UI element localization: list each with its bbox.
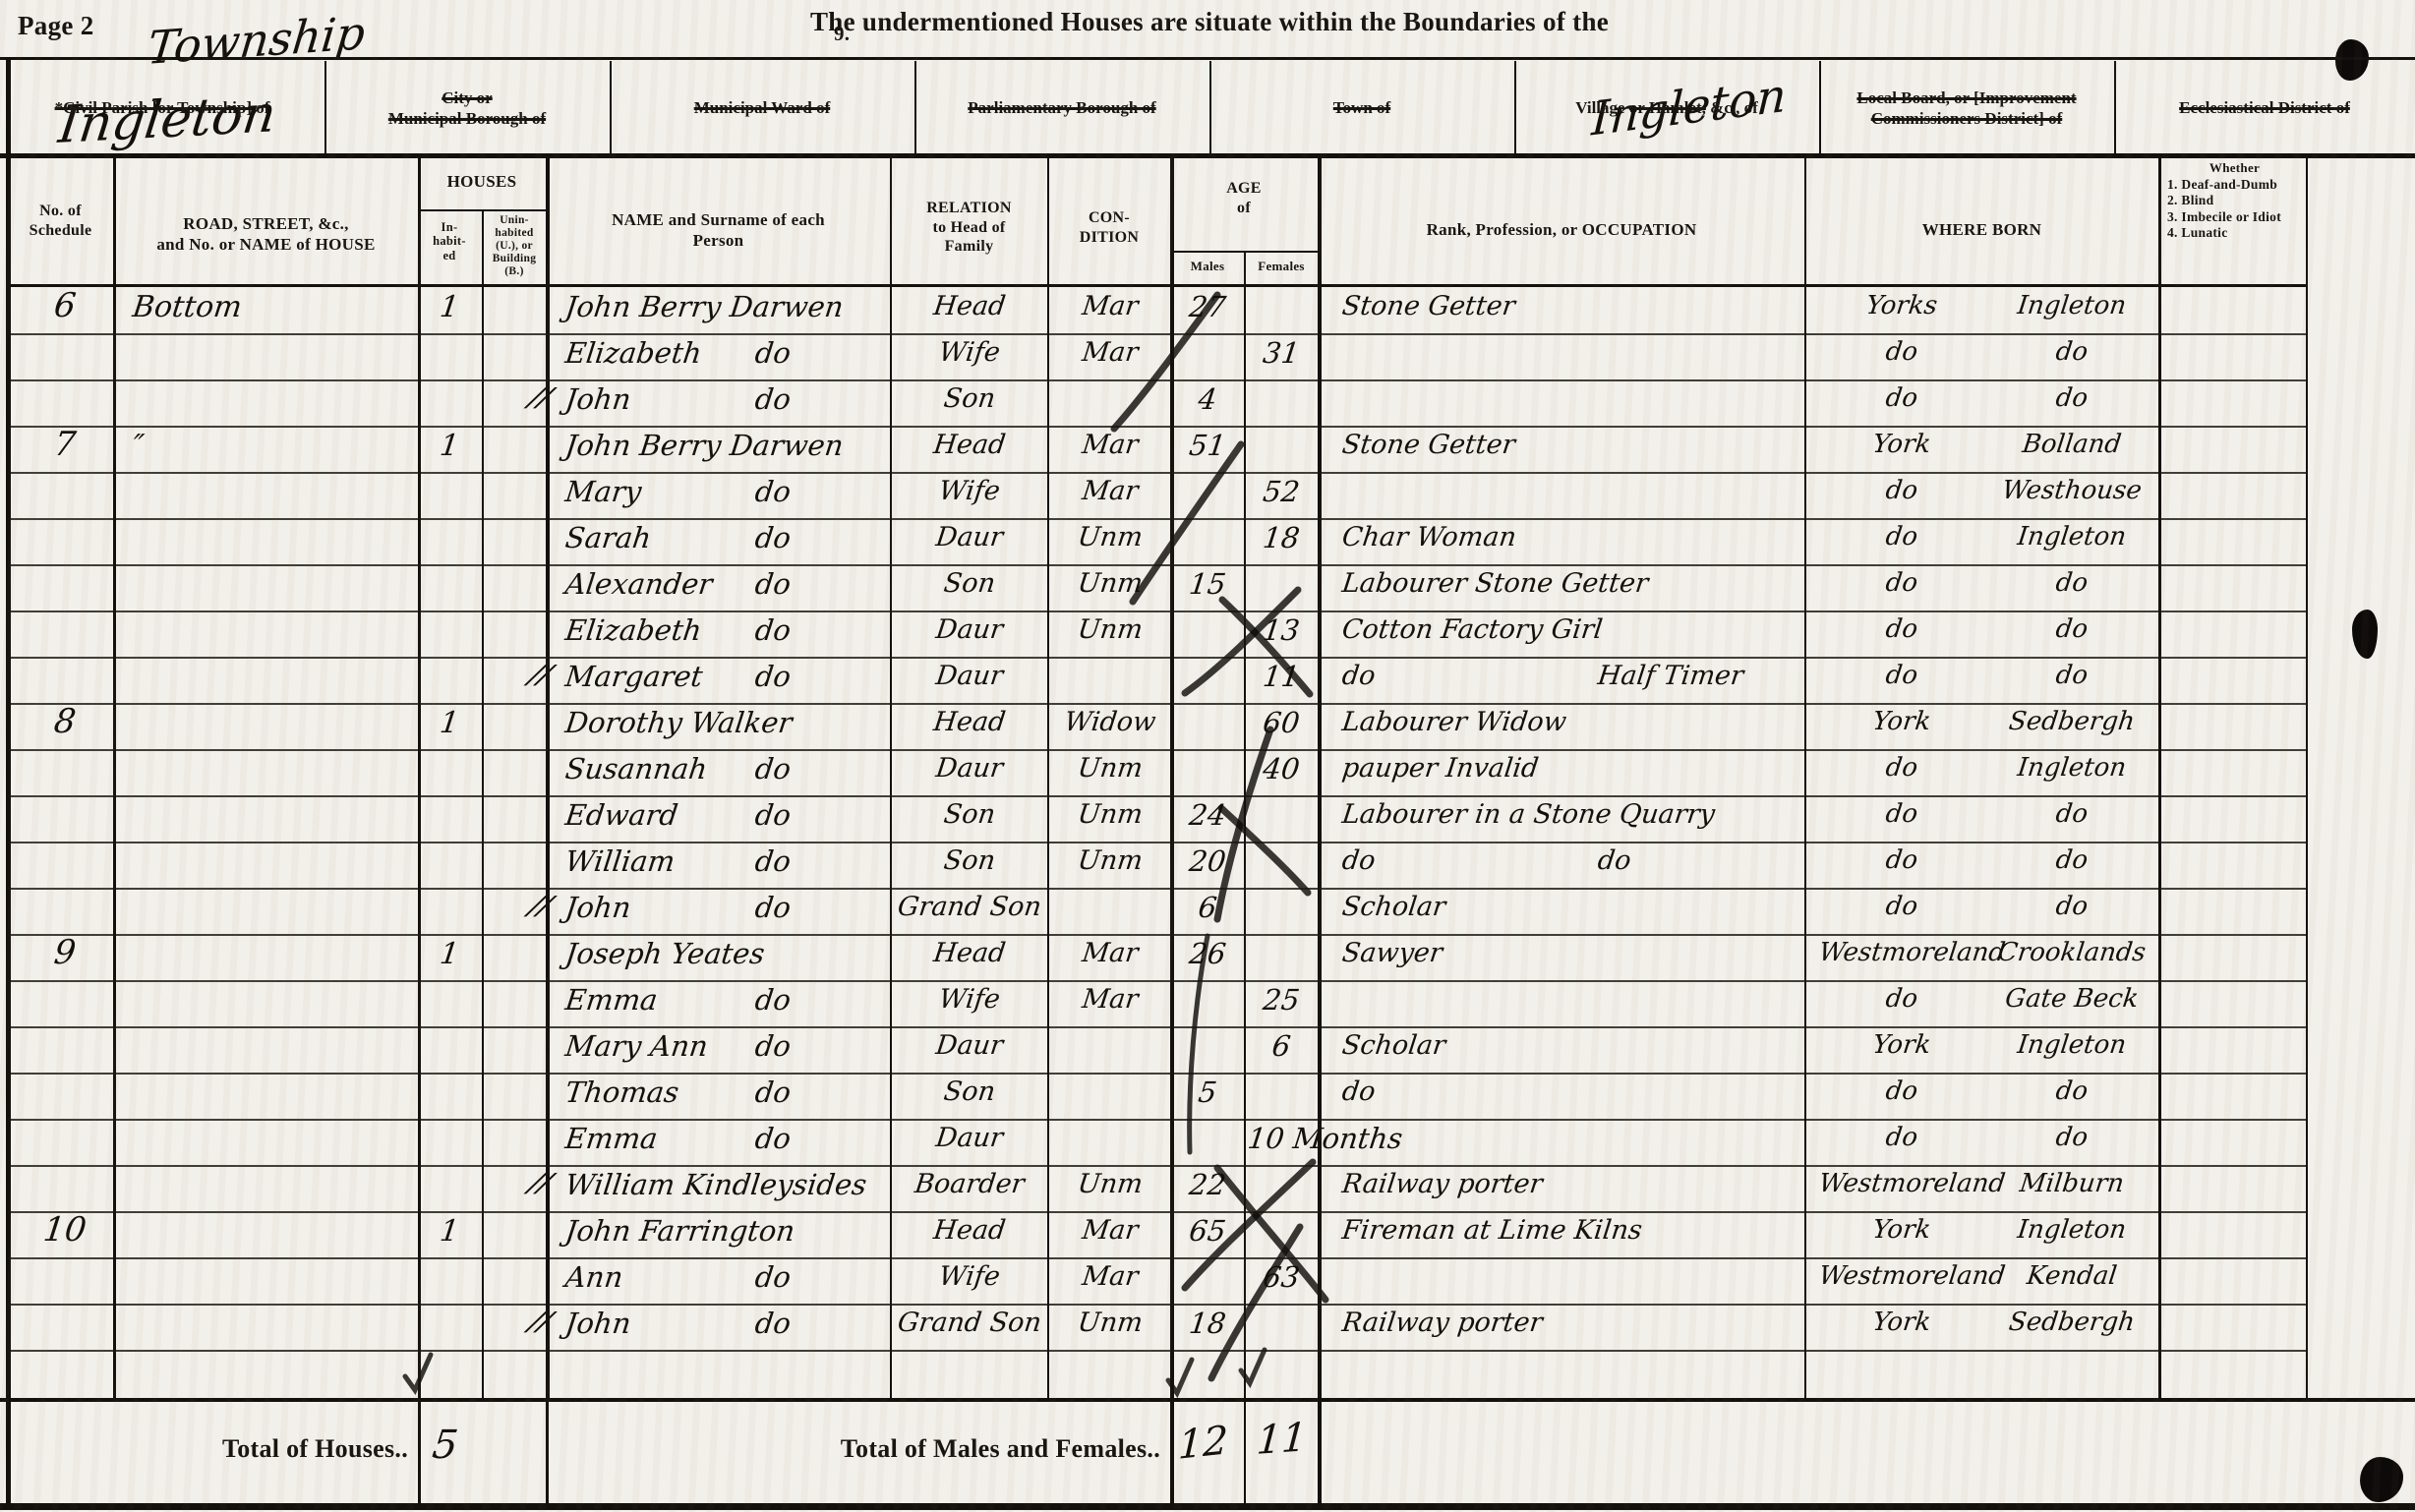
row-rule: [8, 611, 2306, 612]
cell-born-place: Ingleton: [1986, 1032, 2156, 1058]
cell-condition: Mar: [1054, 339, 1165, 366]
district-cell-municipal-ward: Municipal Ward of: [610, 61, 914, 155]
cell-relation: Wife: [895, 339, 1043, 366]
cell-street: Bottom: [131, 293, 410, 322]
cell-born-place: Kendal: [1986, 1263, 2156, 1289]
cell-name: Ann: [563, 1263, 887, 1292]
district-cell-text: Town of: [1333, 97, 1390, 118]
district-cell-ecclesiastical-district: Ecclesiastical District of: [2114, 61, 2415, 155]
cell-occ: Railway porter: [1340, 1171, 1796, 1197]
district-cell-text: Parliamentary Borough of: [968, 97, 1155, 118]
grid-vline: [2158, 157, 2161, 1401]
row-rule: [8, 795, 2306, 797]
cell-name: Joseph Yeates: [563, 940, 887, 968]
cell-born-place: Ingleton: [1986, 524, 2156, 550]
cell-born-county: York: [1817, 432, 1985, 457]
cell-condition: Mar: [1054, 293, 1165, 320]
cell-name: Elizabeth: [563, 616, 887, 645]
cell-condition: Unm: [1054, 801, 1165, 828]
cell-relation: Grand Son: [895, 1309, 1043, 1336]
cell-relation: Head: [895, 940, 1043, 966]
grid-vline: [1244, 1401, 1246, 1506]
cell-condition: Unm: [1054, 524, 1165, 551]
cell-name: Elizabeth: [563, 339, 887, 368]
cell-name: William Kindleysides: [563, 1171, 887, 1199]
cell-born-county: Westmoreland: [1817, 1263, 1985, 1289]
cell-born-place: do: [1986, 1078, 2156, 1104]
cell-relation: Daur: [895, 1032, 1043, 1059]
cell-occ: Fireman at Lime Kilns: [1340, 1217, 1796, 1244]
col-name: NAME and Surname of each Person: [549, 210, 888, 251]
row-rule: [8, 1119, 2306, 1121]
table-row: WilliamdoSonUnm20dodododo: [8, 842, 2306, 888]
cell-age-m: 51: [1172, 432, 1243, 460]
table-row: 6Bottom1John Berry DarwenHeadMar27Stone …: [8, 287, 2306, 333]
cell-relation: Wife: [895, 986, 1043, 1013]
cell-name-do: do: [753, 1309, 816, 1338]
cell-relation: Head: [895, 293, 1043, 320]
cell-age-m: 27: [1172, 293, 1243, 321]
district-cell-town: Town of: [1209, 61, 1514, 155]
cell-born-place: Westhouse: [1986, 478, 2156, 503]
cell-age-m: 20: [1172, 847, 1243, 876]
cell-born-county: Yorks: [1817, 293, 1985, 319]
col-schedule: No. of Schedule: [10, 202, 111, 240]
cell-age-m: 65: [1172, 1217, 1243, 1246]
cell-age-f: 11: [1246, 663, 1317, 691]
cell-occ: Stone Getter: [1340, 432, 1796, 458]
cell-relation: Head: [895, 1217, 1043, 1244]
cell-name-do: do: [753, 570, 816, 599]
cell-occ2: Half Timer: [1596, 663, 1796, 689]
grid-hline: [0, 153, 2415, 158]
cell-name-do: do: [753, 986, 816, 1015]
cell-schedule: 6: [20, 289, 110, 322]
cell-born-county: York: [1817, 1032, 1985, 1058]
cell-condition: Mar: [1054, 986, 1165, 1013]
cell-age-f: 60: [1246, 709, 1317, 737]
cell-name-do: do: [753, 1125, 816, 1153]
district-cell-text: City or Municipal Borough of: [388, 87, 546, 130]
grid-vline: [1514, 61, 1516, 155]
cell-name: John: [563, 385, 887, 414]
struck-text: or Hamlet,: [1629, 98, 1706, 117]
cell-born-place: Ingleton: [1986, 1217, 2156, 1243]
cell-name: Dorothy Walker: [563, 709, 887, 737]
cell-name-do: do: [753, 385, 816, 414]
cell-born-place: do: [1986, 663, 2156, 688]
cell-relation: Son: [895, 570, 1043, 597]
row-rule: [8, 980, 2306, 982]
grid-vline: [610, 61, 612, 155]
table-row: EmmadoWifeMar25doGate Beck: [8, 980, 2306, 1026]
row-rule: [8, 1304, 2306, 1306]
district-cell-city-borough: City or Municipal Borough of: [324, 61, 610, 155]
cell-condition: Mar: [1054, 1263, 1165, 1290]
cell-condition: Unm: [1054, 570, 1165, 597]
grid-vline: [324, 61, 326, 155]
grid-vline: [2114, 61, 2116, 155]
cell-name-do: do: [753, 663, 816, 691]
cell-born-county: York: [1817, 709, 1985, 734]
grid-vline: [2306, 157, 2308, 1401]
table-row: MarydoWifeMar52doWesthouse: [8, 472, 2306, 518]
grid-vline: [1804, 157, 1806, 1401]
row-rule: [8, 564, 2306, 566]
row-rule: [8, 749, 2306, 751]
table-row: //JohndoGrand SonUnm18Railway porterYork…: [8, 1304, 2306, 1350]
grid-vline: [1318, 157, 1322, 1401]
district-cell-text: Ecclesiastical District of: [2179, 97, 2350, 118]
district-cell-text: *Civil Parish [or Township] of: [55, 97, 270, 118]
cell-schedule: 8: [20, 705, 110, 738]
cell-born-county: Westmoreland: [1817, 940, 1985, 965]
table-row: 101John FarringtonHeadMar65Fireman at Li…: [8, 1211, 2306, 1257]
cell-occ: Scholar: [1340, 1032, 1796, 1059]
grid-vline: [1170, 1401, 1174, 1506]
cell-occ: pauper Invalid: [1340, 755, 1796, 782]
cell-age-m: 6: [1172, 894, 1243, 922]
grid-hline: [8, 284, 2306, 287]
table-row: AnndoWifeMar63WestmorelandKendal: [8, 1257, 2306, 1304]
cell-name-do: do: [753, 847, 816, 876]
col-whether-title: Whether: [2163, 160, 2306, 176]
cell-born-county: do: [1817, 755, 1985, 781]
district-cell-text: Local Board, or [Improvement Commissione…: [1856, 87, 2076, 130]
cell-born-county: do: [1817, 986, 1985, 1012]
cell-age-f: 13: [1246, 616, 1317, 645]
cell-name-do: do: [753, 478, 816, 506]
table-row: //JohndoGrand Son6Scholardodo: [8, 888, 2306, 934]
cell-born-place: Crooklands: [1986, 940, 2156, 965]
cell-age-m: 26: [1172, 940, 1243, 968]
cell-occ: Sawyer: [1340, 940, 1796, 966]
cell-schedule: 7: [20, 428, 110, 461]
cell-born-county: do: [1817, 663, 1985, 688]
cell-born-place: Ingleton: [1986, 293, 2156, 319]
cell-born-place: do: [1986, 385, 2156, 411]
cell-born-place: Gate Beck: [1986, 986, 2156, 1012]
cell-age-f: 6: [1246, 1032, 1317, 1061]
cell-condition: Unm: [1054, 847, 1165, 874]
cell-relation: Daur: [895, 524, 1043, 551]
cell-inhabited: 1: [419, 432, 480, 461]
row-rule: [8, 657, 2306, 659]
cell-name-do: do: [753, 755, 816, 784]
totals-mf-label: Total of Males and Females..: [551, 1433, 1160, 1465]
cell-occ: Railway porter: [1340, 1309, 1796, 1336]
cell-name: Susannah: [563, 755, 887, 784]
table-row: EdwarddoSonUnm24Labourer in a Stone Quar…: [8, 795, 2306, 842]
cell-age-f: 25: [1246, 986, 1317, 1015]
cell-condition: Unm: [1054, 616, 1165, 643]
totals-houses-value: 5: [431, 1425, 460, 1465]
table-row: ElizabethdoWifeMar31dodo: [8, 333, 2306, 379]
row-rule: [8, 472, 2306, 474]
cell-street: ″: [131, 432, 410, 461]
cell-age-f: 40: [1246, 755, 1317, 784]
table-row: //William KindleysidesBoarderUnm22Railwa…: [8, 1165, 2306, 1211]
ink-blob: [2360, 1457, 2403, 1502]
col-males: Males: [1172, 259, 1243, 274]
table-row: ElizabethdoDaurUnm13Cotton Factory Girld…: [8, 611, 2306, 657]
cell-born-place: do: [1986, 894, 2156, 919]
district-cell-civil-parish: *Civil Parish [or Township] of: [0, 61, 324, 155]
totals-houses-label: Total of Houses..: [128, 1433, 408, 1465]
grid-vline: [546, 157, 550, 1401]
cell-relation: Daur: [895, 616, 1043, 643]
cell-born-county: do: [1817, 570, 1985, 596]
ink-blob: [2352, 610, 2378, 659]
cell-relation: Son: [895, 385, 1043, 412]
grid-vline: [546, 1401, 549, 1506]
cell-name: John Farrington: [563, 1217, 887, 1246]
grid-vline: [482, 211, 484, 1401]
col-uninhabited: Unin- habited (U.), or Building (B.): [484, 214, 545, 277]
col-inhabited: In- habit- ed: [420, 220, 479, 262]
cell-condition: Mar: [1054, 1217, 1165, 1244]
cell-age-f: 31: [1246, 339, 1317, 368]
grid-vline: [1047, 157, 1049, 1401]
cell-born-county: do: [1817, 385, 1985, 411]
cell-name: John: [563, 894, 887, 922]
cell-name-do: do: [753, 616, 816, 645]
cell-born-place: Milburn: [1986, 1171, 2156, 1196]
cell-condition: Unm: [1054, 755, 1165, 782]
struck-text: Municipal Ward of: [694, 98, 831, 117]
cell-relation: Grand Son: [895, 894, 1043, 920]
grid-hline: [418, 209, 546, 211]
cell-relation: Daur: [895, 663, 1043, 689]
cell-occ: Scholar: [1340, 894, 1796, 920]
struck-text: Ecclesiastical District of: [2179, 98, 2350, 117]
cell-born-place: do: [1986, 801, 2156, 827]
grid-hline: [0, 1503, 2415, 1510]
grid-hline: [0, 57, 2415, 60]
row-rule: [8, 888, 2306, 890]
cell-inhabited: 1: [419, 293, 480, 322]
struck-text: Parliamentary Borough of: [968, 98, 1155, 117]
page-title: The undermentioned Houses are situate wi…: [688, 6, 1731, 38]
cell-relation: Boarder: [895, 1171, 1043, 1197]
grid-vline: [418, 157, 421, 1401]
grid-vline: [418, 1401, 421, 1506]
cell-relation: Son: [895, 847, 1043, 874]
cell-name: Margaret: [563, 663, 887, 691]
grid-vline: [1244, 251, 1246, 1401]
cell-occ: Labourer Widow: [1340, 709, 1796, 735]
cell-born-county: do: [1817, 894, 1985, 919]
grid-vline: [113, 157, 116, 1401]
row-rule: [8, 518, 2306, 520]
cell-inhabited: 1: [419, 940, 480, 969]
cell-relation: Son: [895, 1078, 1043, 1105]
totals-males-value: 12: [1177, 1421, 1228, 1466]
table-row: //JohndoSon4dodo: [8, 379, 2306, 426]
row-rule: [8, 1211, 2306, 1213]
cell-name: Emma: [563, 986, 887, 1015]
cell-name: Thomas: [563, 1078, 887, 1107]
cell-born-place: Bolland: [1986, 432, 2156, 457]
struck-text: Local Board, or [Improvement Commissione…: [1856, 88, 2076, 128]
cell-age-m: 22: [1172, 1171, 1243, 1199]
cell-occ: Stone Getter: [1340, 293, 1796, 320]
table-row: 91Joseph YeatesHeadMar26SawyerWestmorela…: [8, 934, 2306, 980]
struck-text: *Civil Parish [or Township]: [55, 98, 252, 117]
col-whether-items: 1. Deaf-and-Dumb 2. Blind 3. Imbecile or…: [2167, 177, 2315, 242]
col-road: ROAD, STREET, &c., and No. or NAME of HO…: [116, 214, 416, 255]
cell-condition: Mar: [1054, 432, 1165, 458]
cell-born-place: do: [1986, 339, 2156, 365]
table-row: ThomasdoSon5dododo: [8, 1073, 2306, 1119]
table-row: 7″1John Berry DarwenHeadMar51Stone Gette…: [8, 426, 2306, 472]
census-sheet: Page 2 9. The undermentioned Houses are …: [0, 0, 2415, 1512]
cell-condition: Unm: [1054, 1309, 1165, 1336]
table-row: AlexanderdoSonUnm15Labourer Stone Getter…: [8, 564, 2306, 611]
table-row: EmmadoDaur10 Monthsdodo: [8, 1119, 2306, 1165]
cell-name-do: do: [753, 524, 816, 552]
grid-vline: [890, 157, 892, 1401]
cell-born-county: do: [1817, 801, 1985, 827]
cell-age-f: 52: [1246, 478, 1317, 506]
cell-relation: Son: [895, 801, 1043, 828]
cell-condition: Mar: [1054, 940, 1165, 966]
cell-name-do: do: [753, 1263, 816, 1292]
col-condition: CON- DITION: [1050, 208, 1168, 247]
cell-age-m: 4: [1172, 385, 1243, 414]
cell-occ: Char Woman: [1340, 524, 1796, 551]
cell-age-f: 18: [1246, 524, 1317, 552]
cell-name: Sarah: [563, 524, 887, 552]
row-rule: [8, 426, 2306, 428]
cell-born-place: do: [1986, 616, 2156, 642]
cell-name: Edward: [563, 801, 887, 830]
row-rule: [8, 1257, 2306, 1259]
col-relation: RELATION to Head of Family: [893, 199, 1045, 257]
cell-relation: Daur: [895, 755, 1043, 782]
cell-age-m: 5: [1172, 1078, 1243, 1107]
cell-name-do: do: [753, 894, 816, 922]
district-cell-text: Municipal Ward of: [694, 97, 831, 118]
row-rule: [8, 333, 2306, 335]
grid-vline: [1209, 61, 1211, 155]
cell-name: John Berry Darwen: [563, 432, 887, 460]
cell-born-county: do: [1817, 524, 1985, 550]
cell-born-place: Sedbergh: [1986, 709, 2156, 734]
cell-inhabited: 1: [419, 709, 480, 738]
cell-age-m: 18: [1172, 1309, 1243, 1338]
cell-condition: Mar: [1054, 478, 1165, 504]
district-cell-parliamentary-borough: Parliamentary Borough of: [914, 61, 1209, 155]
row-rule: [8, 842, 2306, 843]
cell-born-county: York: [1817, 1217, 1985, 1243]
cell-name: Alexander: [563, 570, 887, 599]
plain-text: Village: [1575, 98, 1629, 117]
cell-name: Mary: [563, 478, 887, 506]
cell-name: John Berry Darwen: [563, 293, 887, 321]
grid-vline: [914, 61, 916, 155]
cell-born-county: do: [1817, 339, 1985, 365]
cell-born-county: York: [1817, 1309, 1985, 1335]
col-females: Females: [1246, 259, 1317, 274]
cell-born-county: do: [1817, 847, 1985, 873]
grid-vline: [1170, 157, 1174, 1401]
struck-text: Town of: [1333, 98, 1390, 117]
grid-vline: [1318, 1401, 1322, 1506]
cell-name-do: do: [753, 801, 816, 830]
table-row: //MargaretdoDaur11doHalf Timerdodo: [8, 657, 2306, 703]
struck-text: City or Municipal Borough of: [388, 88, 546, 128]
cell-born-place: do: [1986, 847, 2156, 873]
row-rule: [8, 1350, 2306, 1352]
grid-hline: [1170, 251, 1318, 253]
cell-occ: Cotton Factory Girl: [1340, 616, 1796, 643]
cell-name: William: [563, 847, 887, 876]
cell-name-do: do: [753, 1078, 816, 1107]
grid-vline: [1819, 61, 1821, 155]
table-row: SarahdoDaurUnm18Char WomandoIngleton: [8, 518, 2306, 564]
col-occupation: Rank, Profession, or OCCUPATION: [1321, 220, 1802, 241]
cell-age-f: 10 Months: [1246, 1125, 1317, 1153]
cell-relation: Wife: [895, 1263, 1043, 1290]
cell-occ: Labourer Stone Getter: [1340, 570, 1796, 597]
cell-born-county: do: [1817, 478, 1985, 503]
table-row: Mary AnndoDaur6ScholarYorkIngleton: [8, 1026, 2306, 1073]
cell-relation: Head: [895, 432, 1043, 458]
district-cell-local-board: Local Board, or [Improvement Commissione…: [1819, 61, 2114, 155]
cell-born-place: Sedbergh: [1986, 1309, 2156, 1335]
cell-relation: Head: [895, 709, 1043, 735]
cell-born-county: do: [1817, 1078, 1985, 1104]
cell-relation: Wife: [895, 478, 1043, 504]
row-rule: [8, 703, 2306, 705]
cell-born-county: Westmoreland: [1817, 1171, 1985, 1196]
cell-occ2: do: [1596, 847, 1796, 874]
cell-occ: do: [1340, 1078, 1796, 1105]
cell-schedule: 9: [20, 936, 110, 969]
cell-condition: Unm: [1054, 1171, 1165, 1197]
cell-relation: Daur: [895, 1125, 1043, 1151]
col-born: WHERE BORN: [1807, 220, 2156, 241]
cell-born-place: do: [1986, 1125, 2156, 1150]
page-label: Page 2: [18, 10, 94, 42]
cell-born-county: do: [1817, 616, 1985, 642]
cell-name: Emma: [563, 1125, 887, 1153]
cell-name: John: [563, 1309, 887, 1338]
cell-age-m: 24: [1172, 801, 1243, 830]
cell-born-county: do: [1817, 1125, 1985, 1150]
cell-born-place: do: [1986, 570, 2156, 596]
cell-born-place: Ingleton: [1986, 755, 2156, 781]
table-row: SusannahdoDaurUnm40pauper InvaliddoIngle…: [8, 749, 2306, 795]
col-houses: HOUSES: [418, 172, 546, 193]
cell-age-m: 15: [1172, 570, 1243, 599]
cell-condition: Widow: [1054, 709, 1165, 735]
row-rule: [8, 1165, 2306, 1167]
table-row: 81Dorothy WalkerHeadWidow60Labourer Wido…: [8, 703, 2306, 749]
cell-name-do: do: [753, 339, 816, 368]
row-rule: [8, 1026, 2306, 1028]
cell-inhabited: 1: [419, 1217, 480, 1247]
row-rule: [8, 934, 2306, 936]
row-rule: [8, 1073, 2306, 1075]
cell-age-f: 63: [1246, 1263, 1317, 1292]
totals-females-value: 11: [1256, 1418, 1309, 1461]
cell-name: Mary Ann: [563, 1032, 887, 1061]
district-cell-village: Village or Hamlet, &c., of: [1514, 61, 1819, 155]
grid-vline: [6, 59, 11, 1506]
col-age: AGE of: [1172, 179, 1316, 217]
